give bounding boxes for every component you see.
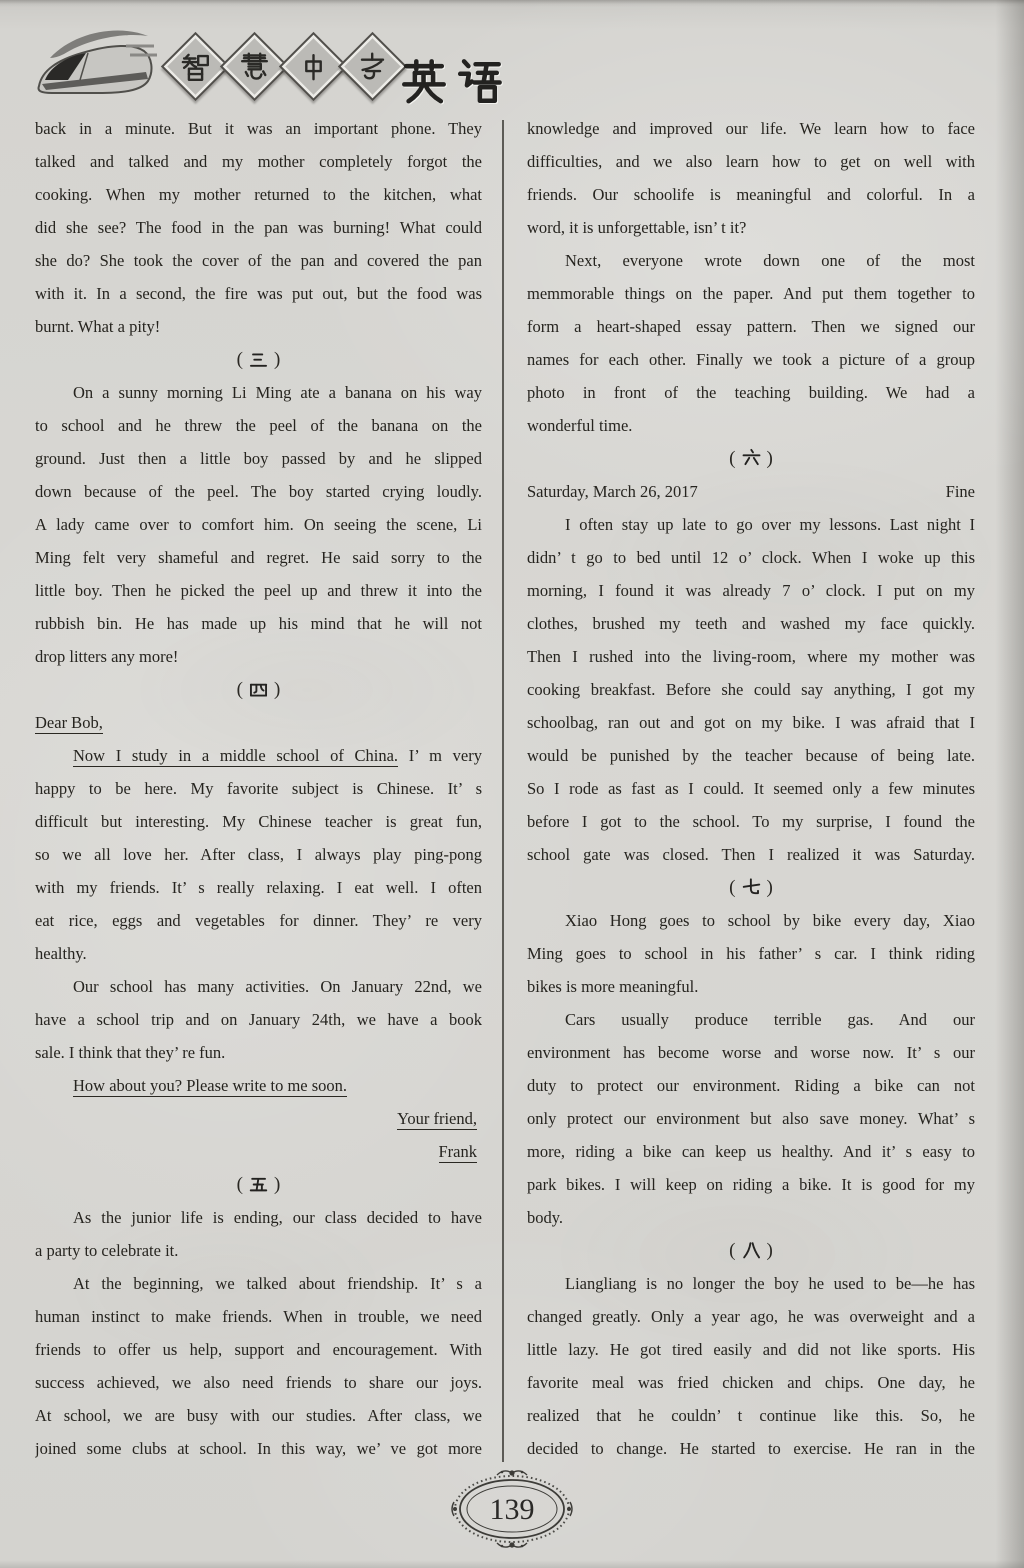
text-segment: joined some clubs at school. In this way… <box>35 1439 482 1458</box>
text-segment: park bikes. I will keep on riding a bike… <box>527 1175 975 1194</box>
text-line: joined some clubs at school. In this way… <box>35 1432 482 1465</box>
close-paren: ) <box>274 349 280 371</box>
text-segment: clothes, brushed my teeth and washed my … <box>527 614 975 633</box>
cjk-subject-glyph-icon <box>454 58 502 106</box>
text-segment: healthy. <box>35 944 87 963</box>
text-segment: morning, I found it was already 7 o’ clo… <box>527 581 975 600</box>
text-segment: body. <box>527 1208 563 1227</box>
text-line: Our school has many activities. On Janua… <box>35 970 482 1003</box>
diamond-badge <box>338 32 407 101</box>
text-line: word, it is unforgettable, isn’ t it? <box>527 211 975 244</box>
text-line: decided to change. He started to exercis… <box>527 1432 975 1465</box>
cjk-numeral-icon <box>741 448 762 469</box>
text-line: At the beginning, we talked about friend… <box>35 1267 482 1300</box>
date-text: Saturday, March 26, 2017 <box>527 482 698 502</box>
cjk-numeral-icon <box>248 1174 269 1195</box>
text-segment: she do? She took the cover of the pan an… <box>35 251 482 270</box>
text-line: healthy. <box>35 937 482 970</box>
text-segment: changed greatly. Only a year ago, he was… <box>527 1307 975 1326</box>
diamond-badge-character <box>299 52 329 82</box>
text-line: changed greatly. Only a year ago, he was… <box>527 1300 975 1333</box>
text-segment: more, riding a bike can keep us healthy.… <box>527 1142 975 1161</box>
underlined-text: Dear Bob, <box>35 713 103 734</box>
text-line: bikes is more meaningful. <box>527 970 975 1003</box>
section-heading: () <box>527 1234 975 1267</box>
text-segment: ground. Just then a little boy passed by… <box>35 449 482 468</box>
text-line: burnt. What a pity! <box>35 310 482 343</box>
text-line: difficult but interesting. My Chinese te… <box>35 805 482 838</box>
text-line: duty to protect our environment. Riding … <box>527 1069 975 1102</box>
text-segment: names for each other. Finally we took a … <box>527 350 975 369</box>
text-line: body. <box>527 1201 975 1234</box>
text-line: cooking. When my mother returned to the … <box>35 178 482 211</box>
text-line: Next, everyone wrote down one of the mos… <box>527 244 975 277</box>
text-line: ground. Just then a little boy passed by… <box>35 442 482 475</box>
weather-text: Fine <box>946 482 975 502</box>
text-segment: decided to change. He started to exercis… <box>527 1439 975 1458</box>
text-line: human instinct to make friends. When in … <box>35 1300 482 1333</box>
paragraph: As the junior life is ending, our class … <box>35 1201 482 1267</box>
text-line: schoolbag, ran out and got on my bike. I… <box>527 706 975 739</box>
text-line: environment has become worse and worse n… <box>527 1036 975 1069</box>
paragraph: Our school has many activities. On Janua… <box>35 970 482 1069</box>
paragraph: Cars usually produce terrible gas. And o… <box>527 1003 975 1234</box>
open-paren: ( <box>729 877 735 899</box>
text-segment: environment has become worse and worse n… <box>527 1043 975 1062</box>
paragraph: Next, everyone wrote down one of the mos… <box>527 244 975 442</box>
section-heading: () <box>35 343 482 376</box>
text-segment: little boy. Then he picked the peel up a… <box>35 581 482 600</box>
paragraph: I often stay up late to go over my lesso… <box>527 508 975 871</box>
column-divider <box>502 120 504 1462</box>
text-segment: drop litters any more! <box>35 647 178 666</box>
close-paren: ) <box>767 1240 773 1262</box>
text-segment: friends to offer us help, support and en… <box>35 1340 482 1359</box>
text-line: Ming felt very shameful and regret. He s… <box>35 541 482 574</box>
text-segment: down because of the peel. The boy starte… <box>35 482 482 501</box>
text-segment: only protect our environment but also sa… <box>527 1109 975 1128</box>
text-line: friends. Our schoolife is meaningful and… <box>527 178 975 211</box>
cjk-brand-glyph-icon <box>240 52 270 82</box>
text-segment: cooking breakfast. Before she could say … <box>527 680 975 699</box>
text-line: Your friend, <box>35 1102 482 1135</box>
text-segment: happy to be here. My favorite subject is… <box>35 779 482 798</box>
underlined-text: Your friend, <box>397 1109 477 1130</box>
underlined-text: Frank <box>439 1142 478 1163</box>
text-segment: did she see? The food in the pan was bur… <box>35 218 482 237</box>
text-segment: sale. I think that they’ re fun. <box>35 1043 225 1062</box>
text-line: with my friends. It’ s really relaxing. … <box>35 871 482 904</box>
text-segment: favorite meal was fried chicken and chip… <box>527 1373 975 1392</box>
text-line: did she see? The food in the pan was bur… <box>35 211 482 244</box>
open-paren: ( <box>237 679 243 701</box>
text-segment: rubbish bin. He has made up his mind tha… <box>35 614 482 633</box>
text-segment: before I got to the school. To my surpri… <box>527 812 975 831</box>
text-segment: would be punished by the teacher because… <box>527 746 975 765</box>
column-right: knowledge and improved our life. We lear… <box>527 112 975 1465</box>
brand-diamonds <box>166 42 402 91</box>
section-heading: () <box>527 871 975 904</box>
text-line: school gate was closed. Then I realized … <box>527 838 975 871</box>
text-segment: didn’ t go to bed until 12 o’ clock. Whe… <box>527 548 975 567</box>
text-line: names for each other. Finally we took a … <box>527 343 975 376</box>
text-line: memmorable things on the paper. And put … <box>527 277 975 310</box>
text-line: Cars usually produce terrible gas. And o… <box>527 1003 975 1036</box>
open-paren: ( <box>237 349 243 371</box>
cjk-brand-glyph-icon <box>358 52 388 82</box>
text-segment: to school and he threw the peel of the b… <box>35 416 482 435</box>
text-segment: A lady came over to comfort him. On seei… <box>35 515 482 534</box>
text-segment: Ming goes to school in his father’ s car… <box>527 944 975 963</box>
column-left: back in a minute. But it was an importan… <box>35 112 482 1465</box>
text-line: Ming goes to school in his father’ s car… <box>527 937 975 970</box>
text-line: knowledge and improved our life. We lear… <box>527 112 975 145</box>
paragraph: Dear Bob, <box>35 706 482 739</box>
close-paren: ) <box>767 448 773 470</box>
cjk-numeral-icon <box>741 1240 762 1261</box>
text-segment: wonderful time. <box>527 416 632 435</box>
paragraph: Xiao Hong goes to school by bike every d… <box>527 904 975 1003</box>
text-line: so we all love her. After class, I alway… <box>35 838 482 871</box>
text-segment: word, it is unforgettable, isn’ t it? <box>527 218 746 237</box>
page-number: 139 <box>490 1493 535 1526</box>
page-number-ornament: 139 <box>447 1466 577 1552</box>
section-heading: () <box>35 673 482 706</box>
text-line: back in a minute. But it was an importan… <box>35 112 482 145</box>
text-line: A lady came over to comfort him. On seei… <box>35 508 482 541</box>
text-line: rubbish bin. He has made up his mind tha… <box>35 607 482 640</box>
text-segment: a party to celebrate it. <box>35 1241 178 1260</box>
text-segment: At school, we are busy with our studies.… <box>35 1406 482 1425</box>
cjk-numeral-icon <box>741 877 762 898</box>
text-line: she do? She took the cover of the pan an… <box>35 244 482 277</box>
text-segment: knowledge and improved our life. We lear… <box>527 119 975 138</box>
text-line: drop litters any more! <box>35 640 482 673</box>
text-segment: Then I rushed into the living-room, wher… <box>527 647 975 666</box>
cjk-brand-glyph-icon <box>299 52 329 82</box>
page-header <box>0 0 1024 118</box>
text-segment: friends. Our schoolife is meaningful and… <box>527 185 975 204</box>
paragraph: knowledge and improved our life. We lear… <box>527 112 975 244</box>
text-line: favorite meal was fried chicken and chip… <box>527 1366 975 1399</box>
text-line: On a sunny morning Li Ming ate a banana … <box>35 376 482 409</box>
text-line: talked and talked and my mother complete… <box>35 145 482 178</box>
diary-date-line: Saturday, March 26, 2017Fine <box>527 475 975 508</box>
text-line: As the junior life is ending, our class … <box>35 1201 482 1234</box>
text-segment: human instinct to make friends. When in … <box>35 1307 482 1326</box>
text-line: with it. In a second, the fire was put o… <box>35 277 482 310</box>
text-line: Liangliang is no longer the boy he used … <box>527 1267 975 1300</box>
bullet-train-icon <box>30 22 162 110</box>
paragraph: At the beginning, we talked about friend… <box>35 1267 482 1465</box>
text-line: Dear Bob, <box>35 706 482 739</box>
text-line: How about you? Please write to me soon. <box>35 1069 482 1102</box>
text-line: only protect our environment but also sa… <box>527 1102 975 1135</box>
text-line: At school, we are busy with our studies.… <box>35 1399 482 1432</box>
text-line: park bikes. I will keep on riding a bike… <box>527 1168 975 1201</box>
close-paren: ) <box>274 1174 280 1196</box>
text-line: morning, I found it was already 7 o’ clo… <box>527 574 975 607</box>
paragraph: On a sunny morning Li Ming ate a banana … <box>35 376 482 673</box>
text-line: wonderful time. <box>527 409 975 442</box>
text-segment: school gate was closed. Then I realized … <box>527 845 975 864</box>
brand-subject-label <box>400 58 502 106</box>
diamond-badge-character <box>240 52 270 82</box>
cjk-numeral-icon <box>248 349 269 370</box>
text-segment: form a heart-shaped essay pattern. Then … <box>527 317 975 336</box>
text-line: more, riding a bike can keep us healthy.… <box>527 1135 975 1168</box>
text-line: have a school trip and on January 24th, … <box>35 1003 482 1036</box>
text-segment: with my friends. It’ s really relaxing. … <box>35 878 482 897</box>
text-segment: difficult but interesting. My Chinese te… <box>35 812 482 831</box>
text-line: sale. I think that they’ re fun. <box>35 1036 482 1069</box>
paragraph: Now I study in a middle school of China.… <box>35 739 482 970</box>
section-heading: () <box>35 1168 482 1201</box>
text-segment: difficulties, and we also learn how to g… <box>527 152 975 171</box>
text-segment: Next, everyone wrote down one of the mos… <box>565 251 975 270</box>
text-line: Frank <box>35 1135 482 1168</box>
text-segment: so we all love her. After class, I alway… <box>35 845 482 864</box>
paragraph: How about you? Please write to me soon. <box>35 1069 482 1102</box>
close-paren: ) <box>274 679 280 701</box>
text-segment: eat rice, eggs and vegetables for dinner… <box>35 911 482 930</box>
text-line: down because of the peel. The boy starte… <box>35 475 482 508</box>
text-line: little boy. Then he picked the peel up a… <box>35 574 482 607</box>
text-line: form a heart-shaped essay pattern. Then … <box>527 310 975 343</box>
underlined-text: Now I study in a middle school of China. <box>73 746 398 767</box>
text-segment: photo in front of the teaching building.… <box>527 383 975 402</box>
underlined-text: How about you? Please write to me soon. <box>73 1076 347 1097</box>
text-segment: Cars usually produce terrible gas. And o… <box>565 1010 975 1029</box>
text-line: happy to be here. My favorite subject is… <box>35 772 482 805</box>
cjk-subject-glyph-icon <box>400 58 448 106</box>
text-segment: Our school has many activities. On Janua… <box>73 977 482 996</box>
text-line: clothes, brushed my teeth and washed my … <box>527 607 975 640</box>
text-segment: duty to protect our environment. Riding … <box>527 1076 975 1095</box>
close-paren: ) <box>767 877 773 899</box>
scanned-book-page: back in a minute. But it was an importan… <box>0 0 1024 1568</box>
text-segment: So I rode as fast as I could. It seemed … <box>527 779 975 798</box>
text-line: cooking breakfast. Before she could say … <box>527 673 975 706</box>
text-line: success achieved, we also need friends t… <box>35 1366 482 1399</box>
text-line: I often stay up late to go over my lesso… <box>527 508 975 541</box>
text-line: to school and he threw the peel of the b… <box>35 409 482 442</box>
text-line: photo in front of the teaching building.… <box>527 376 975 409</box>
text-line: Now I study in a middle school of China.… <box>35 739 482 772</box>
text-segment: I often stay up late to go over my lesso… <box>565 515 975 534</box>
text-segment: have a school trip and on January 24th, … <box>35 1010 482 1029</box>
paragraph: Your friend,Frank <box>35 1102 482 1168</box>
text-segment: back in a minute. But it was an importan… <box>35 119 482 138</box>
text-line: friends to offer us help, support and en… <box>35 1333 482 1366</box>
cjk-numeral-icon <box>248 679 269 700</box>
text-segment: Ming felt very shameful and regret. He s… <box>35 548 482 567</box>
text-line: didn’ t go to bed until 12 o’ clock. Whe… <box>527 541 975 574</box>
text-segment: On a sunny morning Li Ming ate a banana … <box>73 383 482 402</box>
text-segment: schoolbag, ran out and got on my bike. I… <box>527 713 975 732</box>
cjk-brand-glyph-icon <box>181 52 211 82</box>
text-line: a party to celebrate it. <box>35 1234 482 1267</box>
diamond-badge-character <box>358 52 388 82</box>
text-segment: Xiao Hong goes to school by bike every d… <box>565 911 975 930</box>
open-paren: ( <box>729 448 735 470</box>
text-line: little lazy. He got tired easily and did… <box>527 1333 975 1366</box>
text-line: difficulties, and we also learn how to g… <box>527 145 975 178</box>
text-segment: little lazy. He got tired easily and did… <box>527 1340 975 1359</box>
text-line: before I got to the school. To my surpri… <box>527 805 975 838</box>
open-paren: ( <box>237 1174 243 1196</box>
text-segment: with it. In a second, the fire was put o… <box>35 284 482 303</box>
text-line: Then I rushed into the living-room, wher… <box>527 640 975 673</box>
text-line: would be punished by the teacher because… <box>527 739 975 772</box>
paragraph: Liangliang is no longer the boy he used … <box>527 1267 975 1465</box>
text-segment: cooking. When my mother returned to the … <box>35 185 482 204</box>
paragraph: back in a minute. But it was an importan… <box>35 112 482 343</box>
text-segment: As the junior life is ending, our class … <box>73 1208 482 1227</box>
text-segment: bikes is more meaningful. <box>527 977 698 996</box>
section-heading: () <box>527 442 975 475</box>
text-segment: talked and talked and my mother complete… <box>35 152 482 171</box>
text-segment: I’ m very <box>398 746 482 765</box>
text-segment: memmorable things on the paper. And put … <box>527 284 975 303</box>
text-segment: realized that he couldn’ t continue like… <box>527 1406 975 1425</box>
text-line: eat rice, eggs and vegetables for dinner… <box>35 904 482 937</box>
text-segment: At the beginning, we talked about friend… <box>73 1274 482 1293</box>
text-segment: burnt. What a pity! <box>35 317 160 336</box>
text-line: realized that he couldn’ t continue like… <box>527 1399 975 1432</box>
text-segment: Liangliang is no longer the boy he used … <box>565 1274 975 1293</box>
diamond-badge-character <box>181 52 211 82</box>
text-line: Xiao Hong goes to school by bike every d… <box>527 904 975 937</box>
text-line: So I rode as fast as I could. It seemed … <box>527 772 975 805</box>
text-segment: success achieved, we also need friends t… <box>35 1373 482 1392</box>
open-paren: ( <box>729 1240 735 1262</box>
